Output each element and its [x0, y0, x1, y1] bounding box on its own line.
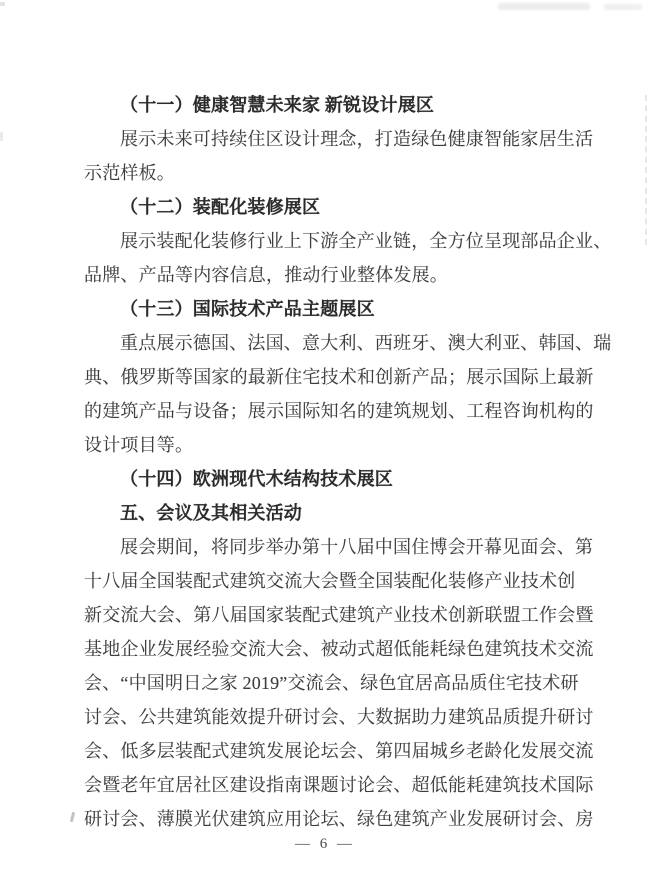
paragraph-line: 讨会、公共建筑能效提升研讨会、大数据助力建筑品质提升研讨	[84, 700, 592, 734]
paragraph-line: 会暨老年宜居社区建设指南课题讨论会、超低能耗建筑技术国际	[84, 768, 592, 802]
paragraph-line: 展示未来可持续住区设计理念，打造绿色健康智能家居生活	[84, 122, 592, 156]
section-heading-13: （十三）国际技术产品主题展区	[84, 292, 592, 326]
scan-speck-left-edge	[0, 132, 3, 141]
scan-smudge-top-right	[498, 3, 590, 10]
paragraph-line: 研讨会、薄膜光伏建筑应用论坛、绿色建筑产业发展研讨会、房	[84, 802, 592, 836]
paragraph-line: 品牌、产品等内容信息，推动行业整体发展。	[84, 258, 592, 292]
paragraph-line: 会、低多层装配式建筑发展论坛会、第四届城乡老龄化发展交流	[84, 734, 592, 768]
paragraph-line: 的建筑产品与设备；展示国际知名的建筑规划、工程咨询机构的	[84, 394, 592, 428]
document-body: （十一）健康智慧未来家 新锐设计展区 展示未来可持续住区设计理念，打造绿色健康智…	[84, 88, 592, 836]
scan-edge-artifact	[645, 95, 647, 245]
paragraph-line: 重点展示德国、法国、意大利、西班牙、澳大利亚、韩国、瑞	[84, 326, 592, 360]
paragraph-line: 新交流大会、第八届国家装配式建筑产业技术创新联盟工作会暨	[84, 598, 592, 632]
paragraph-line: 典、俄罗斯等国家的最新住宅技术和创新产品；展示国际上最新	[84, 360, 592, 394]
section-heading-11: （十一）健康智慧未来家 新锐设计展区	[84, 88, 592, 122]
section-heading-14: （十四）欧洲现代木结构技术展区	[84, 462, 592, 496]
section-heading-5: 五、会议及其相关活动	[84, 496, 592, 530]
scan-speck-top-left	[0, 2, 5, 6]
section-heading-12: （十二）装配化装修展区	[84, 190, 592, 224]
page-number: — 6 —	[0, 836, 650, 853]
paragraph-line: 基地企业发展经验交流大会、被动式超低能耗绿色建筑技术交流	[84, 632, 592, 666]
document-page: （十一）健康智慧未来家 新锐设计展区 展示未来可持续住区设计理念，打造绿色健康智…	[0, 0, 650, 875]
paragraph-line: 示范样板。	[84, 156, 592, 190]
paragraph-line: 展会期间，将同步举办第十八届中国住博会开幕见面会、第	[84, 530, 592, 564]
paragraph-line: 展示装配化装修行业上下游全产业链，全方位呈现部品企业、	[84, 224, 592, 258]
paragraph-line: 设计项目等。	[84, 428, 592, 462]
paragraph-line: 会、“中国明日之家 2019”交流会、绿色宜居高品质住宅技术研	[84, 666, 592, 700]
paragraph-line: 十八届全国装配式建筑交流大会暨全国装配化装修产业技术创	[84, 564, 592, 598]
scan-mark-bottom-left	[70, 812, 75, 822]
scan-smudge-top-right-2	[604, 4, 642, 10]
